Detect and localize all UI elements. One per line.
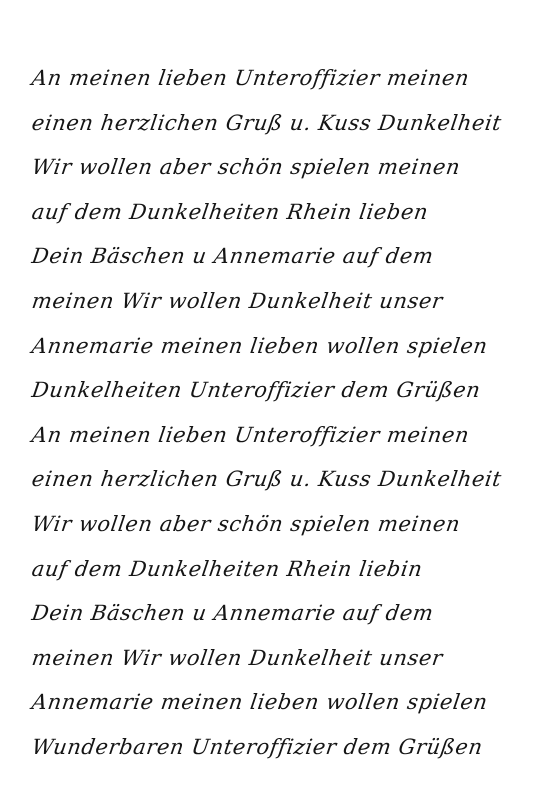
handwritten-line-11: Wir wollen aber schön spielen meinen <box>29 502 515 547</box>
handwritten-line-5: Dein Bäschen u Annemarie auf dem <box>29 234 515 279</box>
handwritten-line-2: einen herzlichen Gruß u. Kuss Dunkelheit <box>29 101 515 146</box>
handwritten-line-4: auf dem Dunkelheiten Rhein lieben <box>29 190 515 235</box>
handwritten-text-block: An meinen lieben Unteroffizier meinen ei… <box>32 56 512 770</box>
handwritten-line-13: Dein Bäschen u Annemarie auf dem <box>29 591 515 636</box>
handwritten-line-10: einen herzlichen Gruß u. Kuss Dunkelheit <box>29 457 515 502</box>
handwritten-line-6: meinen Wir wollen Dunkelheit unser <box>29 279 515 324</box>
handwritten-line-8: Dunkelheiten Unteroffizier dem Grüßen <box>29 368 515 413</box>
handwritten-line-15: Annemarie meinen lieben wollen spielen <box>29 680 515 725</box>
handwritten-line-9: An meinen lieben Unteroffizier meinen <box>29 413 515 458</box>
handwritten-line-14: meinen Wir wollen Dunkelheit unser <box>29 636 515 681</box>
handwritten-line-1: An meinen lieben Unteroffizier meinen <box>29 56 515 101</box>
handwritten-line-16: Wunderbaren Unteroffizier dem Grüßen <box>29 725 515 770</box>
handwritten-line-12: auf dem Dunkelheiten Rhein liebin <box>29 547 515 592</box>
handwritten-line-7: Annemarie meinen lieben wollen spielen <box>29 324 515 369</box>
handwritten-line-3: Wir wollen aber schön spielen meinen <box>29 145 515 190</box>
handwritten-page: An meinen lieben Unteroffizier meinen ei… <box>0 0 540 800</box>
